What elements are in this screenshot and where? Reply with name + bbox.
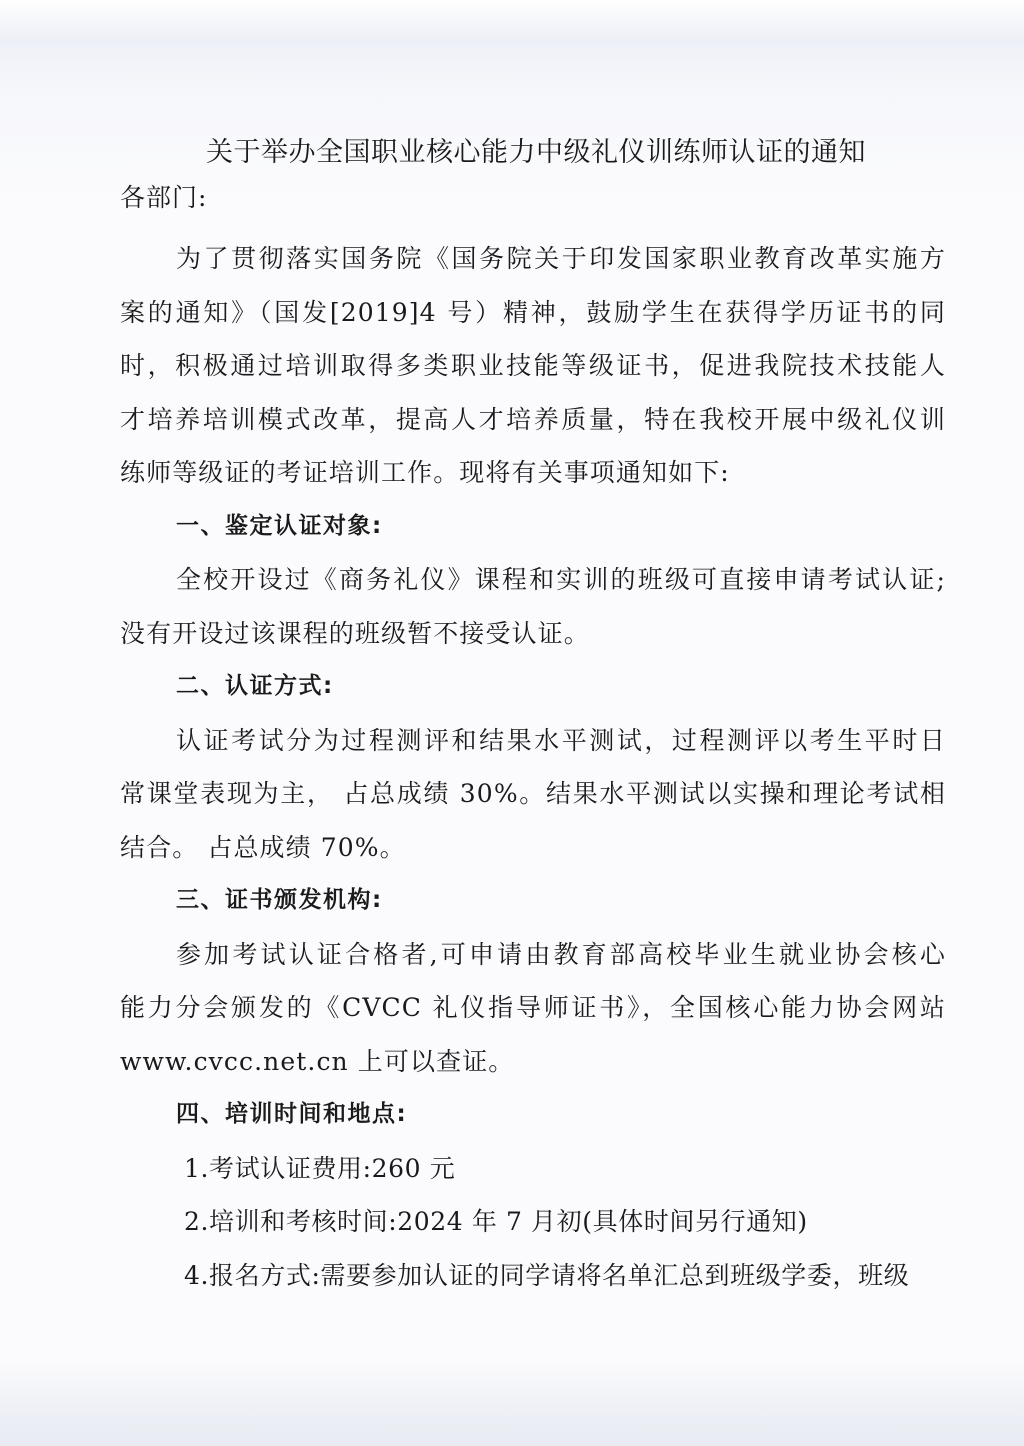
intro-paragraph: 为了贯彻落实国务院《国务院关于印发国家职业教育改革实施方 案的通知》（国发[20… — [120, 232, 946, 500]
section-certification-method: 二、认证方式: 认证考试分为过程测评和结果水平测试，过程测评以考生平时日 常课堂… — [120, 660, 946, 874]
section-training-time-place: 四、培训时间和地点: 1.考试认证费用:260 元 2.培训和考核时间:2024… — [120, 1088, 946, 1302]
list-item-fee: 1.考试认证费用:260 元 — [120, 1142, 946, 1196]
section-line: www.cvcc.net.cn 上可以查证。 — [120, 1035, 946, 1089]
section-line: 没有开设过该课程的班级暂不接受认证。 — [120, 607, 946, 661]
document-body: 关于举办全国职业核心能力中级礼仪训练师认证的通知 各部门: 为了贯彻落实国务院《… — [120, 128, 946, 1302]
section-certification-target: 一、鉴定认证对象: 全校开设过《商务礼仪》课程和实训的班级可直接申请考试认证; … — [120, 500, 946, 661]
section-heading: 一、鉴定认证对象: — [120, 500, 946, 554]
intro-line: 案的通知》（国发[2019]4 号）精神，鼓励学生在获得学历证书的同 — [120, 286, 946, 340]
salutation: 各部门: — [120, 178, 946, 218]
list-item-schedule: 2.培训和考核时间:2024 年 7 月初(具体时间另行通知) — [120, 1195, 946, 1249]
section-line: 参加考试认证合格者,可申请由教育部高校毕业生就业协会核心 — [120, 928, 946, 982]
section-heading: 四、培训时间和地点: — [120, 1088, 946, 1142]
section-line: 能力分会颁发的《CVCC 礼仪指导师证书》，全国核心能力协会网站 — [120, 981, 946, 1035]
section-issuing-authority: 三、证书颁发机构: 参加考试认证合格者,可申请由教育部高校毕业生就业协会核心 能… — [120, 874, 946, 1088]
section-line: 认证考试分为过程测评和结果水平测试，过程测评以考生平时日 — [120, 714, 946, 768]
section-line: 全校开设过《商务礼仪》课程和实训的班级可直接申请考试认证; — [120, 553, 946, 607]
document-title: 关于举办全国职业核心能力中级礼仪训练师认证的通知 — [120, 128, 946, 178]
section-heading: 三、证书颁发机构: — [120, 874, 946, 928]
intro-line: 为了贯彻落实国务院《国务院关于印发国家职业教育改革实施方 — [120, 232, 946, 286]
intro-line: 才培养培训模式改革，提高人才培养质量，特在我校开展中级礼仪训 — [120, 393, 946, 447]
list-item-registration: 4.报名方式:需要参加认证的同学请将名单汇总到班级学委，班级 — [120, 1249, 946, 1303]
section-line: 常课堂表现为主， 占总成绩 30%。结果水平测试以实操和理论考试相 — [120, 767, 946, 821]
intro-line: 时，积极通过培训取得多类职业技能等级证书，促进我院技术技能人 — [120, 339, 946, 393]
scanned-page: 关于举办全国职业核心能力中级礼仪训练师认证的通知 各部门: 为了贯彻落实国务院《… — [0, 0, 1024, 1446]
intro-line: 练师等级证的考证培训工作。现将有关事项通知如下: — [120, 446, 946, 500]
section-heading: 二、认证方式: — [120, 660, 946, 714]
section-line: 结合。 占总成绩 70%。 — [120, 821, 946, 875]
